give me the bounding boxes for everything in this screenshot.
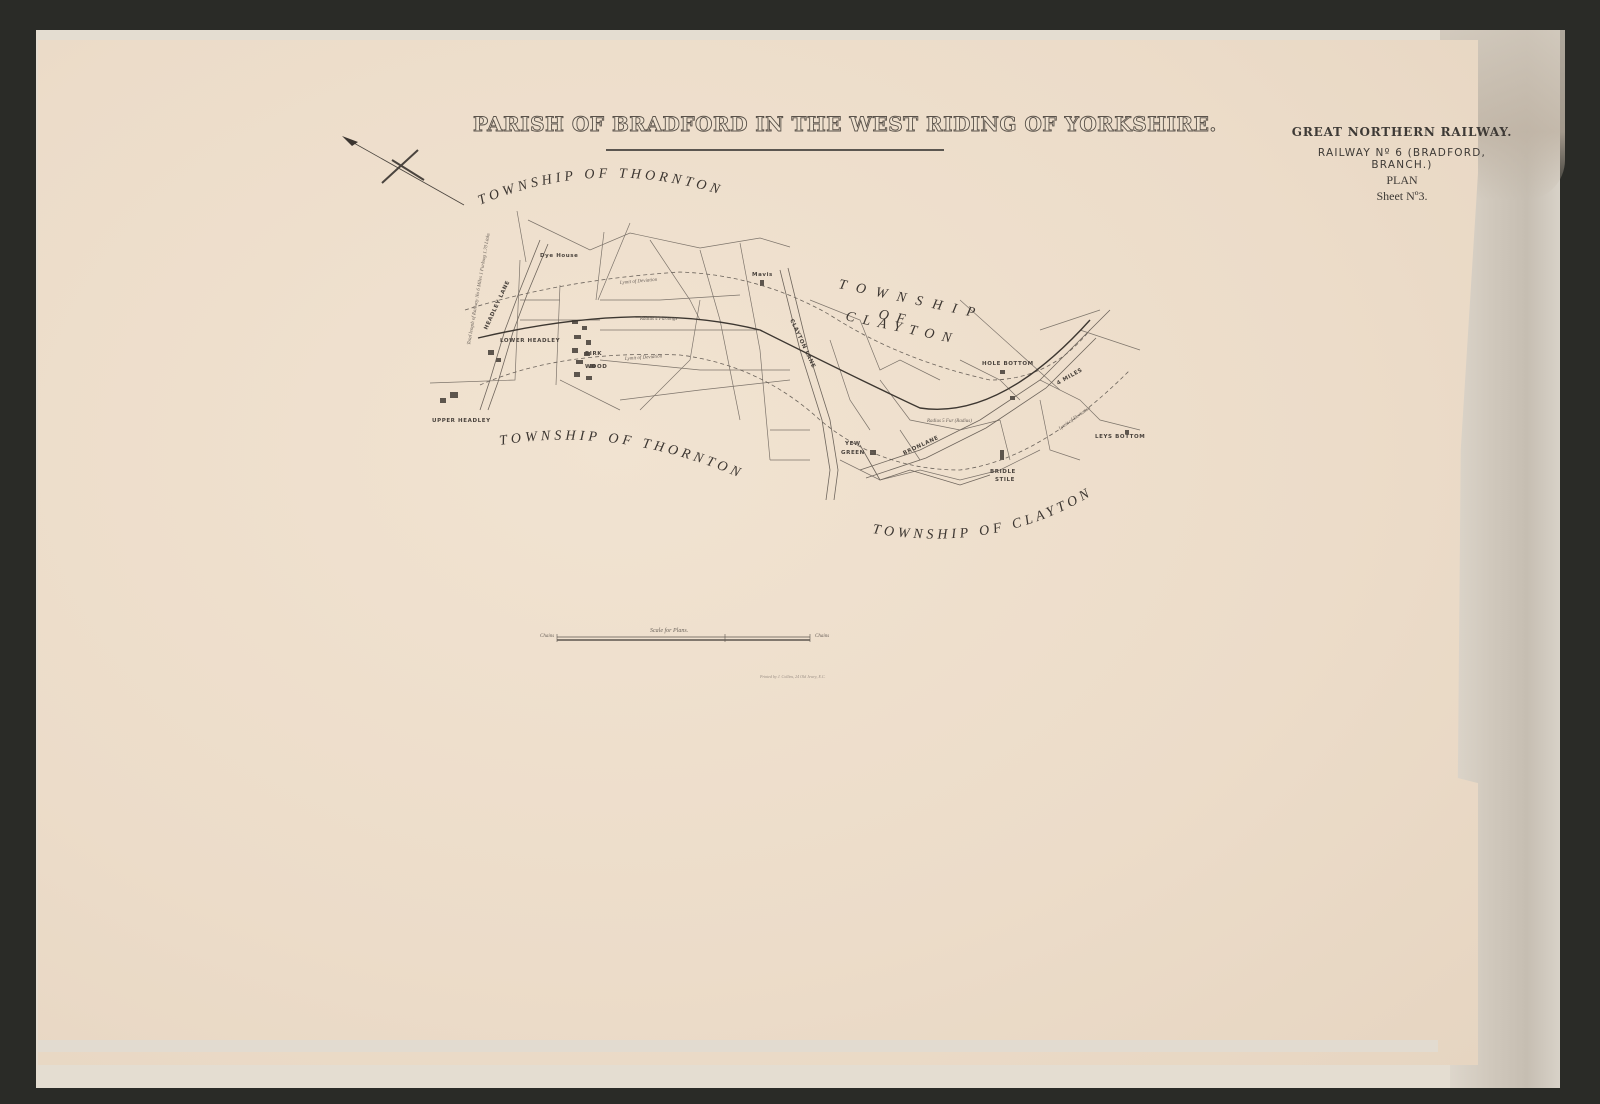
label-limit-deviation-north: Lymit of Deviation xyxy=(619,278,658,286)
scale-title: Scale for Plans. xyxy=(650,628,688,634)
label-stile: STILE xyxy=(995,477,1015,483)
north-arrow-icon xyxy=(342,136,464,205)
label-radius-5-furlongs: Radius 5 Fur (Radius) xyxy=(926,419,972,424)
township-thornton-top: TOWNSHIP OF THORNTON xyxy=(476,166,725,208)
label-birk: BIRK xyxy=(585,351,602,357)
scale-bar xyxy=(557,634,810,642)
scale-right-label: Chains xyxy=(815,634,829,639)
sheet-number: Sheet Nº3. xyxy=(1288,189,1516,204)
map-title: PARISH OF BRADFORD IN THE WEST RIDING OF… xyxy=(473,112,1113,136)
railway-number: RAILWAY Nº 6 (BRADFORD, BRANCH.) xyxy=(1288,147,1516,171)
label-yew: YEW xyxy=(844,441,861,447)
label-limit-deviation-south: Lymit of Deviation xyxy=(624,354,663,362)
label-lower-headley: LOWER HEADLEY xyxy=(500,338,561,344)
label-dye-house: Dye House xyxy=(540,253,579,259)
label-limit-deviation-east: Lymit of Deviation xyxy=(1057,406,1092,432)
title-underline xyxy=(606,149,944,151)
printer-imprint: Printed by J. Collins, 24 Old Jewry, E.C… xyxy=(760,674,826,679)
label-mavis: Mavis xyxy=(752,272,773,278)
roads xyxy=(480,240,1110,500)
scale-left-label: Chains xyxy=(540,634,554,639)
title-block: GREAT NORTHERN RAILWAY. RAILWAY Nº 6 (BR… xyxy=(1288,125,1516,204)
township-clayton-bottom: TOWNSHIP OF CLAYTON xyxy=(871,485,1095,543)
township-thornton-bottom: TOWNSHIP OF THORNTON xyxy=(498,429,746,483)
label-upper-headley: UPPER HEADLEY xyxy=(432,418,491,424)
label-wood: WOOD xyxy=(585,364,607,370)
plan-type: PLAN xyxy=(1288,173,1516,188)
label-green: GREEN xyxy=(841,450,865,456)
label-radius-4-furlongs: Radius 4 Furlongs xyxy=(639,317,677,322)
label-hole-bottom: HOLE BOTTOM xyxy=(982,361,1034,367)
label-bridle: BRIDLE xyxy=(990,469,1016,475)
label-miles: 4 MILES xyxy=(1056,367,1084,387)
company-name: GREAT NORTHERN RAILWAY. xyxy=(1288,125,1516,139)
label-leys-bottom: LEYS BOTTOM xyxy=(1095,434,1145,440)
